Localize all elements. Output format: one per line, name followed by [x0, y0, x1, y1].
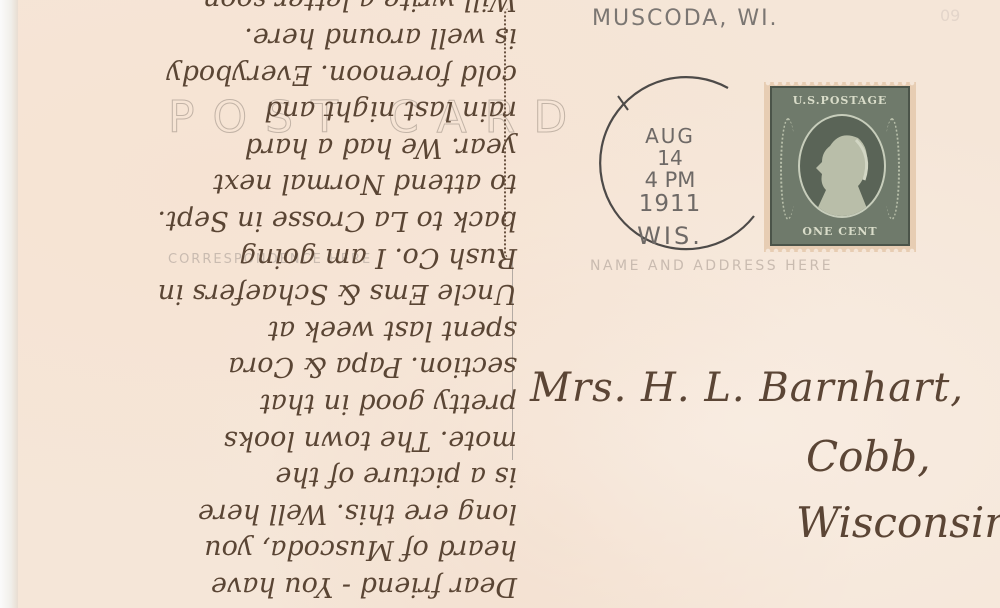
laurel-wreath-icon: [884, 118, 900, 220]
message-line: Uncle Ems & Schaefers in: [28, 275, 523, 312]
recipient-state: Wisconsin.: [796, 498, 1000, 547]
message-line: is a picture of the: [28, 458, 523, 495]
message-line: year. We had a hard: [28, 128, 523, 165]
message-line: long ere this. Well here: [28, 494, 523, 531]
laurel-wreath-icon: [780, 118, 796, 220]
message-line: to attend Normal next: [28, 165, 523, 202]
address-label: NAME AND ADDRESS HERE: [590, 258, 833, 274]
message-line: Will write a letter soon.: [28, 0, 523, 19]
stamp-top-text: U.S.POSTAGE: [772, 94, 908, 107]
message-line: section. Papa & Cora: [28, 348, 523, 385]
postmark-time: 4 PM: [578, 170, 762, 191]
message-line: is well around here.: [28, 19, 523, 56]
message-line: Dear friend - You have: [28, 567, 523, 604]
faint-corner-note: 09: [940, 6, 960, 25]
pencil-location-note: MUSCODA, WI.: [592, 6, 779, 31]
message-line: heard of Muscoda, you: [28, 531, 523, 568]
stamp-bottom-text: ONE CENT: [772, 225, 908, 238]
postmark-month: AUG: [578, 126, 762, 146]
postmark: AUG 14 4 PM 1911 WIS.: [578, 66, 762, 256]
message-line: rain last night and: [28, 92, 523, 129]
handwritten-message: Dear friend - You have heard of Muscoda,…: [28, 4, 523, 604]
message-line: cold forenoon. Everybody: [28, 55, 523, 92]
postmark-day: 14: [578, 148, 762, 168]
message-line: Rush Co. I am going: [28, 238, 523, 275]
franklin-portrait-icon: [798, 114, 886, 218]
message-line: mote. The town looks: [28, 421, 523, 458]
message-line: spent last week at: [28, 311, 523, 348]
postmark-year: 1911: [578, 193, 762, 216]
message-line: back to La Crosse in Sept.: [28, 201, 523, 238]
message-line: pretty good in that: [28, 384, 523, 421]
recipient-city: Cobb,: [806, 432, 931, 481]
postage-stamp: U.S.POSTAGE ONE CENT: [764, 82, 916, 252]
scan-edge: [0, 0, 18, 608]
margin-scribble: [504, 8, 518, 258]
postmark-state: WIS.: [578, 224, 762, 248]
recipient-name: Mrs. H. L. Barnhart,: [530, 365, 964, 411]
